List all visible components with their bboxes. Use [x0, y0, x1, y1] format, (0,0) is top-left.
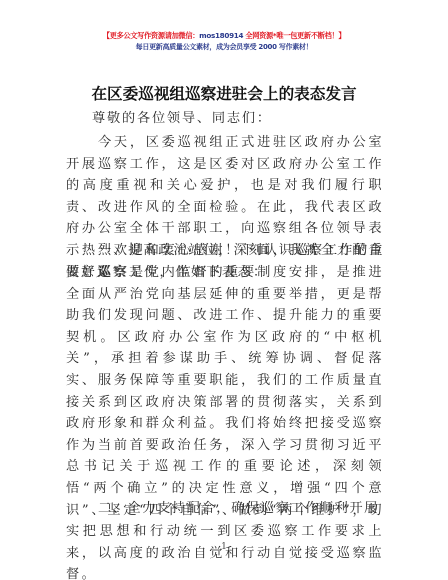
paragraph-section-1: 巡察是党内监督的重要制度安排，是推进全面从严治党向基层延伸的重要举措，更是帮助我…: [66, 262, 384, 580]
promo-banner-suffix: 全网资源*唯一包更新不断档！】: [243, 31, 345, 40]
promo-wechat-id: mos180914: [199, 31, 243, 40]
section-heading-2: 二、全力支持配合，确保巡察工作顺利开展: [66, 498, 384, 520]
salutation: 尊敬的各位领导、同志们：: [66, 108, 384, 130]
document-page: 【更多公文写作资源请加微信：mos180914 全网资源*唯一包更新不断档！】 …: [0, 0, 448, 580]
promo-banner-line2: 每日更新高质量公文素材，成为会员享受 2000 写作素材！: [0, 43, 448, 52]
promo-banner-prefix: 【更多公文写作资源请加微信：: [103, 31, 199, 40]
document-title: 在区委巡视组巡察进驻会上的表态发言: [0, 84, 448, 104]
promo-banner-line1: 【更多公文写作资源请加微信：mos180914 全网资源*唯一包更新不断档！】: [0, 31, 448, 40]
page-number: 1: [0, 542, 448, 552]
